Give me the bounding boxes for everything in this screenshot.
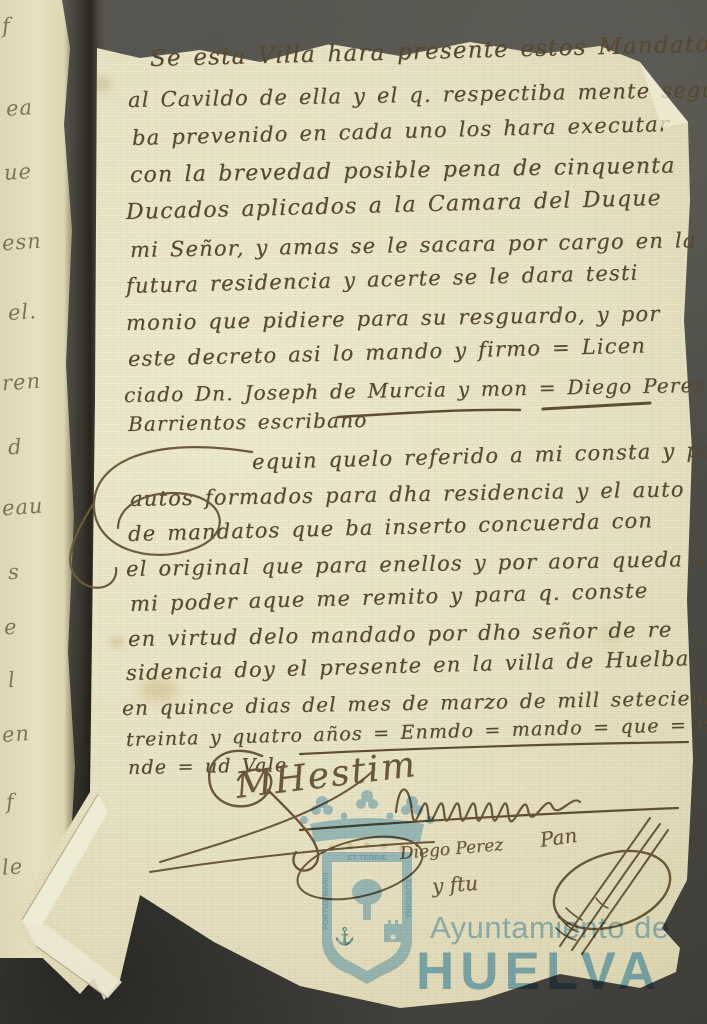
previous-page-text-fragment: s (7, 560, 20, 585)
signature-tertiary: Pan (538, 823, 578, 852)
previous-page-text-fragment: ea (5, 95, 34, 121)
scanned-document-photo: f ea ue esn el. ren d eau s e l en f le … (0, 0, 707, 1024)
previous-page-text-fragment: le (1, 854, 24, 879)
paper-stain (110, 636, 124, 648)
previous-page-text-fragment: el. (7, 299, 37, 325)
previous-page-text-fragment: ue (3, 159, 33, 185)
previous-page-text-fragment: en (1, 721, 31, 747)
previous-page-text-fragment: f (5, 790, 15, 815)
previous-page-text-fragment: f (1, 14, 11, 39)
previous-page-text-fragment: esn (1, 229, 42, 256)
previous-page-text-fragment: e (3, 615, 18, 640)
previous-page-text-fragment: ren (1, 369, 42, 396)
previous-page-text-fragment: eau (1, 494, 44, 521)
previous-page-text-fragment: d (7, 435, 23, 460)
previous-page-text-fragment: l (7, 668, 16, 692)
manuscript-line: Barrientos escribano (128, 408, 368, 436)
signature-quaternary: y ftu (431, 871, 479, 898)
